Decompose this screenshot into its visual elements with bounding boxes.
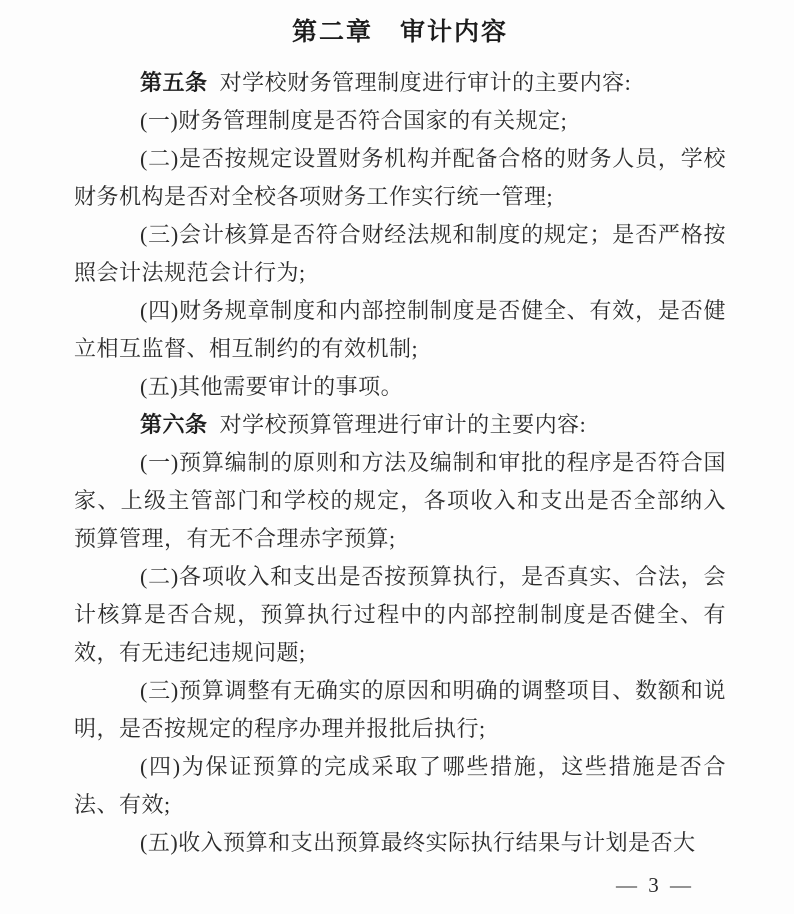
paragraph-item: (四)为保证预算的完成采取了哪些措施，这些措施是否合法、有效; bbox=[74, 748, 726, 824]
paragraph-text: (五)收入预算和支出预算最终实际执行结果与计划是否大 bbox=[140, 830, 696, 855]
paragraph-text: (四)财务规章制度和内部控制制度是否健全、有效，是否健立相互监督、相互制约的有效… bbox=[74, 298, 726, 361]
paragraph-item: (一)预算编制的原则和方法及编制和审批的程序是否符合国家、上级主管部门和学校的规… bbox=[74, 444, 726, 558]
paragraph-item: (五)收入预算和支出预算最终实际执行结果与计划是否大 bbox=[74, 824, 726, 862]
paragraph-text: (二)各项收入和支出是否按预算执行，是否真实、合法，会计核算是否合规，预算执行过… bbox=[74, 564, 726, 665]
paragraph-item: (四)财务规章制度和内部控制制度是否健全、有效，是否健立相互监督、相互制约的有效… bbox=[74, 292, 726, 368]
paragraph-article-5: 第五条对学校财务管理制度进行审计的主要内容: bbox=[74, 64, 726, 102]
paragraph-text: (一)预算编制的原则和方法及编制和审批的程序是否符合国家、上级主管部门和学校的规… bbox=[74, 450, 726, 551]
paragraph-text: 对学校财务管理制度进行审计的主要内容: bbox=[220, 70, 632, 95]
paragraph-item: (三)预算调整有无确实的原因和明确的调整项目、数额和说明，是否按规定的程序办理并… bbox=[74, 672, 726, 748]
paragraph-text: (三)会计核算是否符合财经法规和制度的规定；是否严格按照会计法规范会计行为; bbox=[74, 222, 726, 285]
paragraph-text: 对学校预算管理进行审计的主要内容: bbox=[220, 412, 587, 437]
paragraph-text: (一)财务管理制度是否符合国家的有关规定; bbox=[140, 108, 567, 133]
paragraph-item: (二)各项收入和支出是否按预算执行，是否真实、合法，会计核算是否合规，预算执行过… bbox=[74, 558, 726, 672]
paragraph-text: (三)预算调整有无确实的原因和明确的调整项目、数额和说明，是否按规定的程序办理并… bbox=[74, 678, 726, 741]
paragraph-text: (五)其他需要审计的事项。 bbox=[140, 374, 403, 399]
article-number: 第五条 bbox=[140, 70, 208, 95]
paragraph-item: (二)是否按规定设置财务机构并配备合格的财务人员，学校财务机构是否对全校各项财务… bbox=[74, 140, 726, 216]
chapter-title: 第二章 审计内容 bbox=[74, 14, 726, 50]
article-number: 第六条 bbox=[140, 412, 208, 437]
page-number: — 3 — bbox=[616, 873, 694, 898]
paragraph-article-6: 第六条对学校预算管理进行审计的主要内容: bbox=[74, 406, 726, 444]
document-page: 第二章 审计内容 第五条对学校财务管理制度进行审计的主要内容: (一)财务管理制… bbox=[0, 0, 794, 914]
paragraph-item: (五)其他需要审计的事项。 bbox=[74, 368, 726, 406]
paragraph-item: (一)财务管理制度是否符合国家的有关规定; bbox=[74, 102, 726, 140]
document-content: 第二章 审计内容 第五条对学校财务管理制度进行审计的主要内容: (一)财务管理制… bbox=[0, 0, 794, 862]
paragraph-item: (三)会计核算是否符合财经法规和制度的规定；是否严格按照会计法规范会计行为; bbox=[74, 216, 726, 292]
paragraph-text: (二)是否按规定设置财务机构并配备合格的财务人员，学校财务机构是否对全校各项财务… bbox=[74, 146, 726, 209]
paragraph-text: (四)为保证预算的完成采取了哪些措施，这些措施是否合法、有效; bbox=[74, 754, 726, 817]
